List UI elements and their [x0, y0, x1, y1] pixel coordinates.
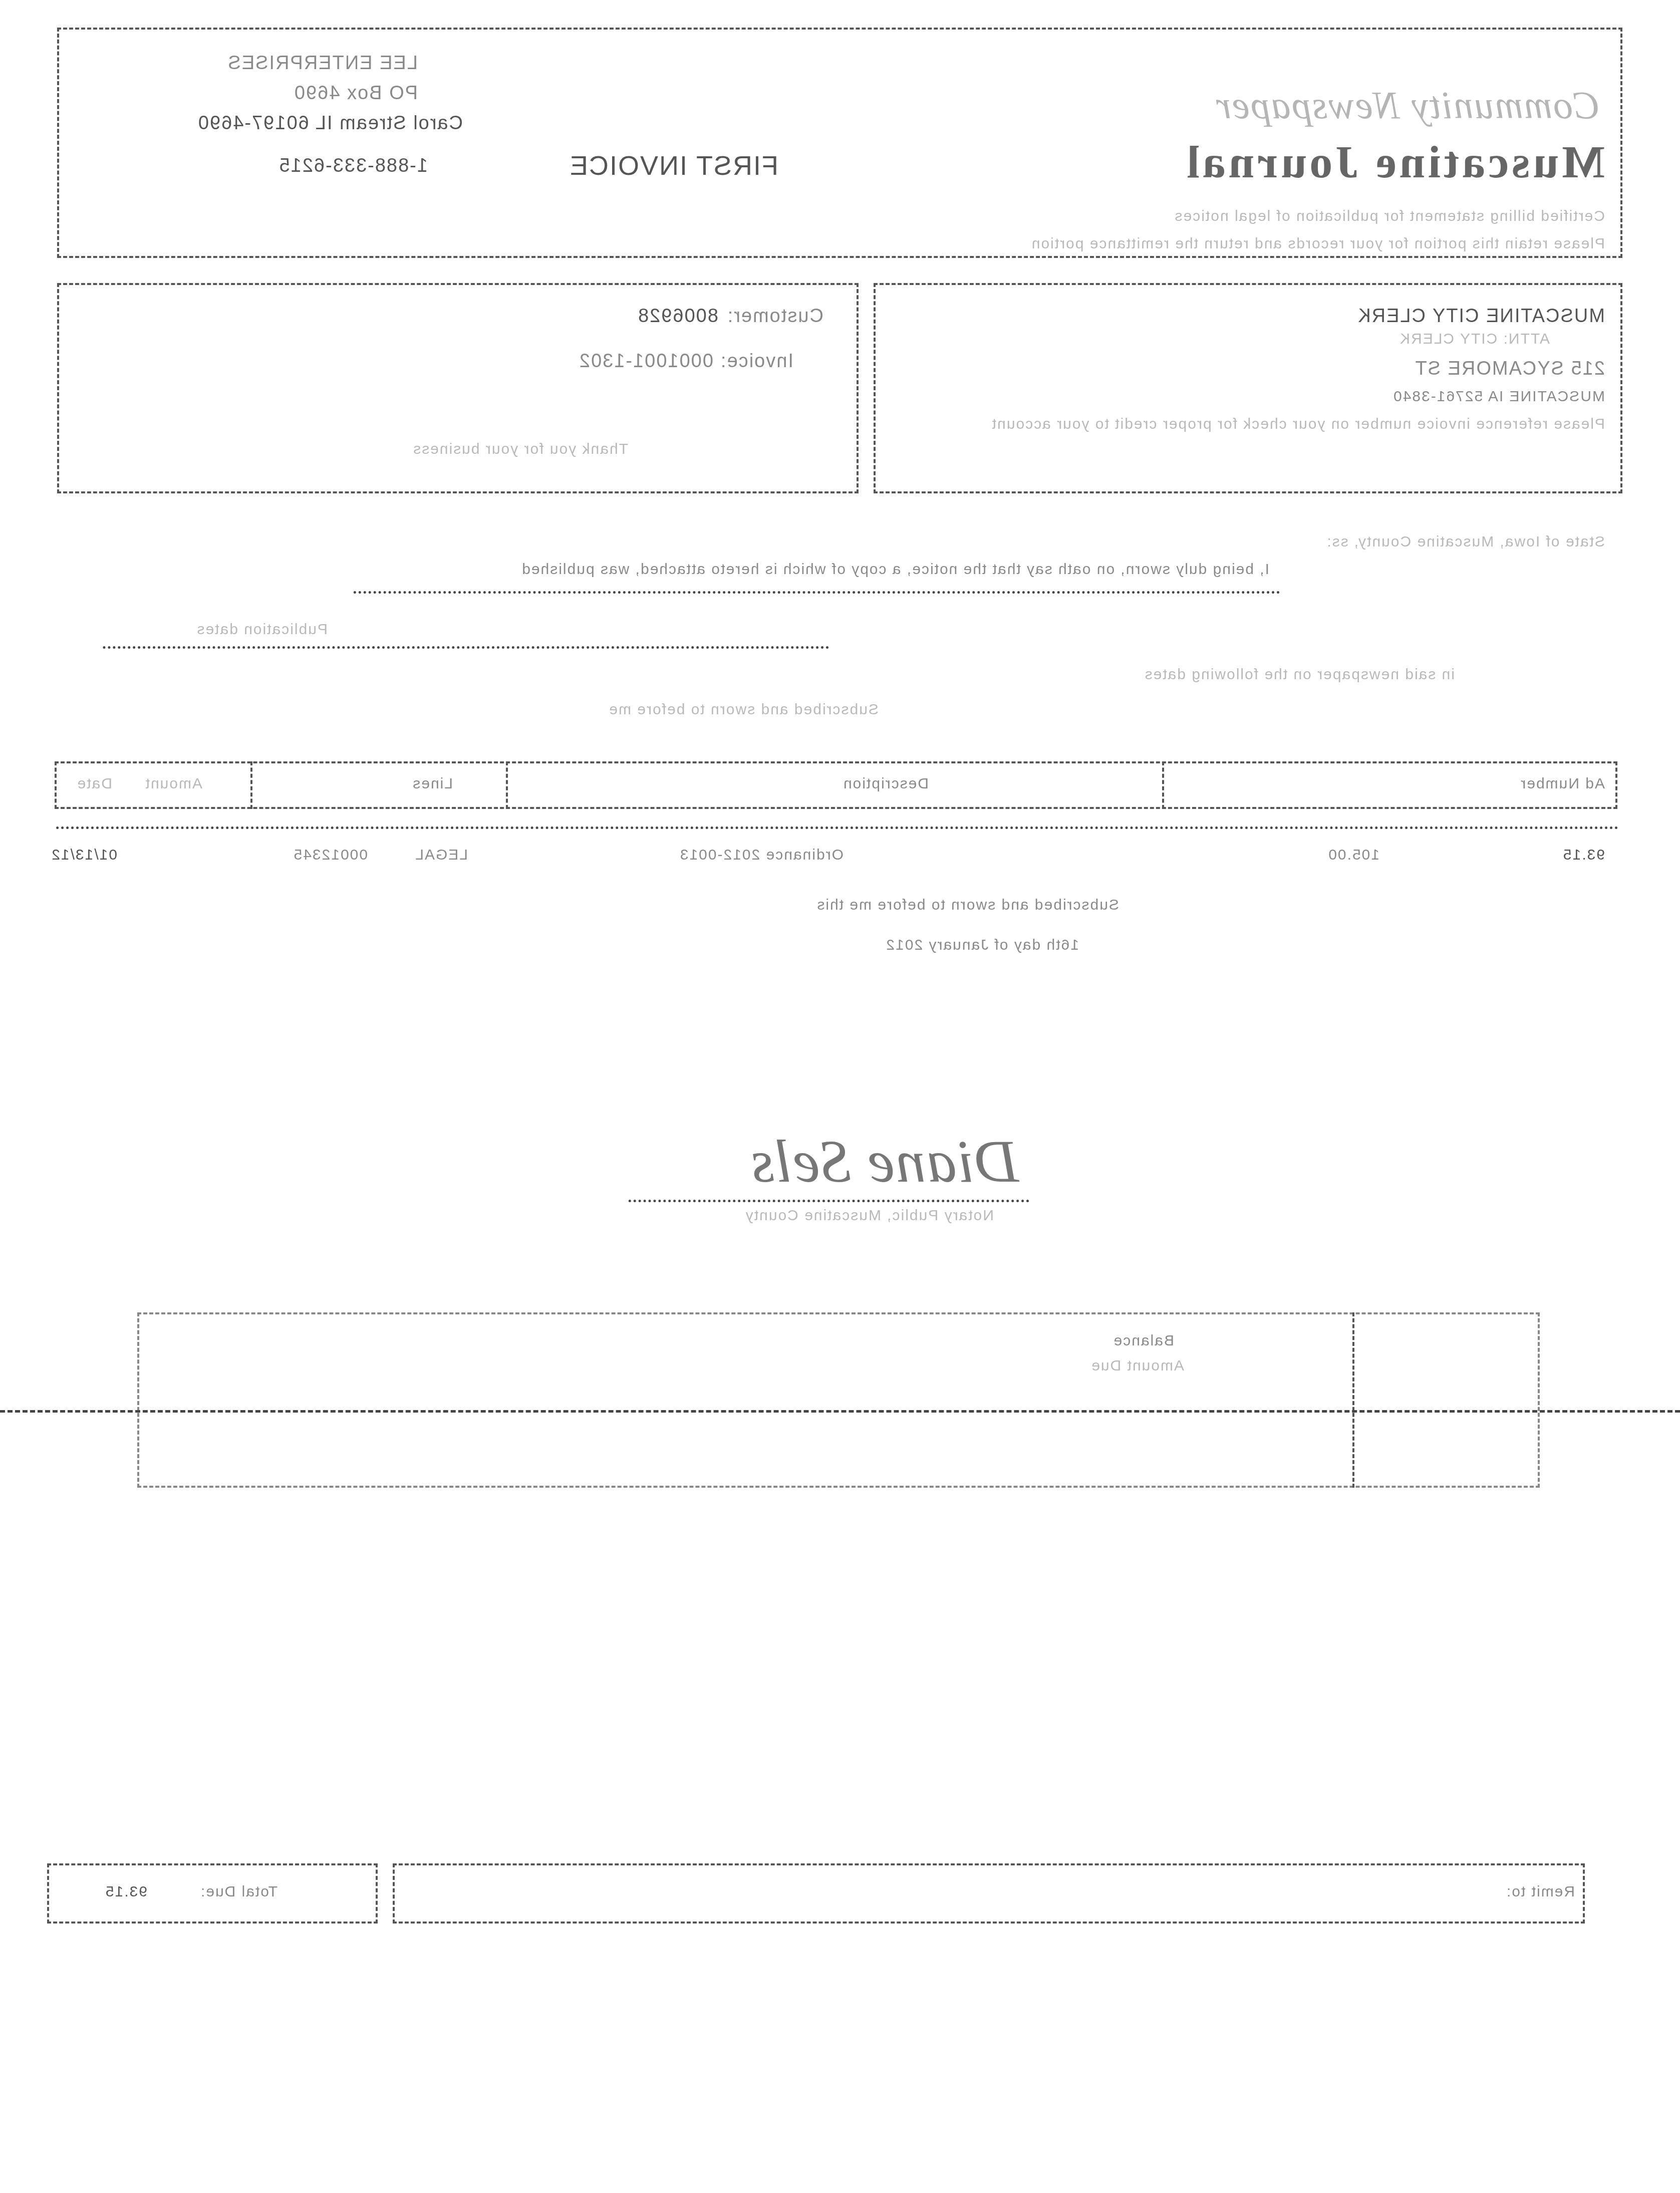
row-date: 01/13/12	[51, 847, 117, 864]
column-header-ad-number: Ad Number	[1520, 775, 1605, 792]
affidavit-line-1: State of Iowa, Muscatine County, ss:	[1326, 533, 1605, 551]
publisher-name-top: Community Newspaper	[1215, 83, 1600, 128]
totals-divider	[1352, 1312, 1354, 1488]
totals-label-1: Balance	[1113, 1332, 1174, 1349]
total-due-label: Total Due:	[200, 1883, 277, 1900]
invoice-number-label: Invoice:	[720, 351, 793, 372]
tagline-2: Please retain this portion for your reco…	[1031, 235, 1605, 252]
customer-number: 8006928	[637, 306, 718, 327]
notary-signature: Diane Sels	[750, 1127, 1019, 1196]
affidavit-line-2: I, being duly sworn, on oath say that th…	[521, 561, 1269, 578]
affidavit-rule-1	[353, 591, 1279, 594]
column-header-lines: Lines	[412, 775, 453, 792]
column-header-description: Description	[843, 775, 929, 792]
col-divider-3	[250, 761, 252, 809]
affidavit-line-4: Subscribed and sworn to before me	[608, 701, 879, 718]
customer-attention: ATTN: CITY CLERK	[1399, 331, 1550, 348]
customer-name: MUSCATINE CITY CLERK	[1357, 306, 1605, 327]
col-divider-1	[1162, 761, 1164, 809]
customer-number-label: Customer:	[727, 306, 823, 327]
affidavit-stamp: Publication dates	[196, 621, 328, 638]
row-ad-number: 00012345	[293, 847, 368, 864]
col-divider-2	[506, 761, 508, 809]
notary-line-1: Subscribed and sworn to before me this	[816, 897, 1119, 914]
remit-to-label: Remit to:	[1506, 1883, 1575, 1900]
totals-label-2: Amount Due	[1090, 1357, 1184, 1375]
customer-street: 215 SYCAMORE ST	[1414, 358, 1605, 380]
row-description: Ordinance 2012-0013	[679, 847, 844, 864]
column-header-amount: Amount	[145, 775, 202, 792]
affidavit-line-3: in said newspaper on the following dates	[1144, 666, 1455, 683]
line-items-header	[55, 761, 1617, 809]
customer-city-state-zip: MUSCATINE IA 52761-3840	[1392, 388, 1605, 405]
remit-phone: 1-888-333-6215	[278, 155, 428, 177]
remit-cut-line	[0, 1410, 1680, 1413]
total-due-value: 93.15	[105, 1883, 147, 1900]
invoice-number: 0001001-1302	[579, 351, 713, 372]
customer-notice-1: Please reference invoice number on your …	[991, 416, 1605, 433]
remit-address-line-2: PO Box 4690	[294, 83, 418, 104]
affidavit-rule-2	[102, 646, 828, 649]
invoice-page: Community Newspaper Muscatine Journal FI…	[0, 0, 1680, 2193]
totals-box	[137, 1312, 1540, 1488]
publisher-name: Muscatine Journal	[1184, 135, 1605, 188]
remit-address-line-1: LEE ENTERPRISES	[227, 53, 418, 74]
customer-notice-2: Thank you for your business	[412, 441, 628, 458]
notary-line-2: 16th day of January 2012	[885, 937, 1079, 954]
remit-address-line-3: Carol Stream IL 60197-4690	[197, 113, 463, 134]
row-ad-type: LEGAL	[414, 847, 468, 864]
column-header-date: Date	[77, 775, 112, 792]
remit-to-box	[393, 1863, 1585, 1924]
row-amount: 93.15	[1562, 847, 1605, 864]
row-lines-col: 105.00	[1327, 847, 1379, 864]
table-rule	[55, 827, 1617, 829]
signature-line	[628, 1200, 1029, 1202]
document-title: FIRST INVOICE	[569, 150, 778, 181]
notary-signature-caption: Notary Public, Muscatine County	[745, 1207, 994, 1224]
tagline-1: Certified billing statement for publicat…	[1174, 208, 1605, 225]
